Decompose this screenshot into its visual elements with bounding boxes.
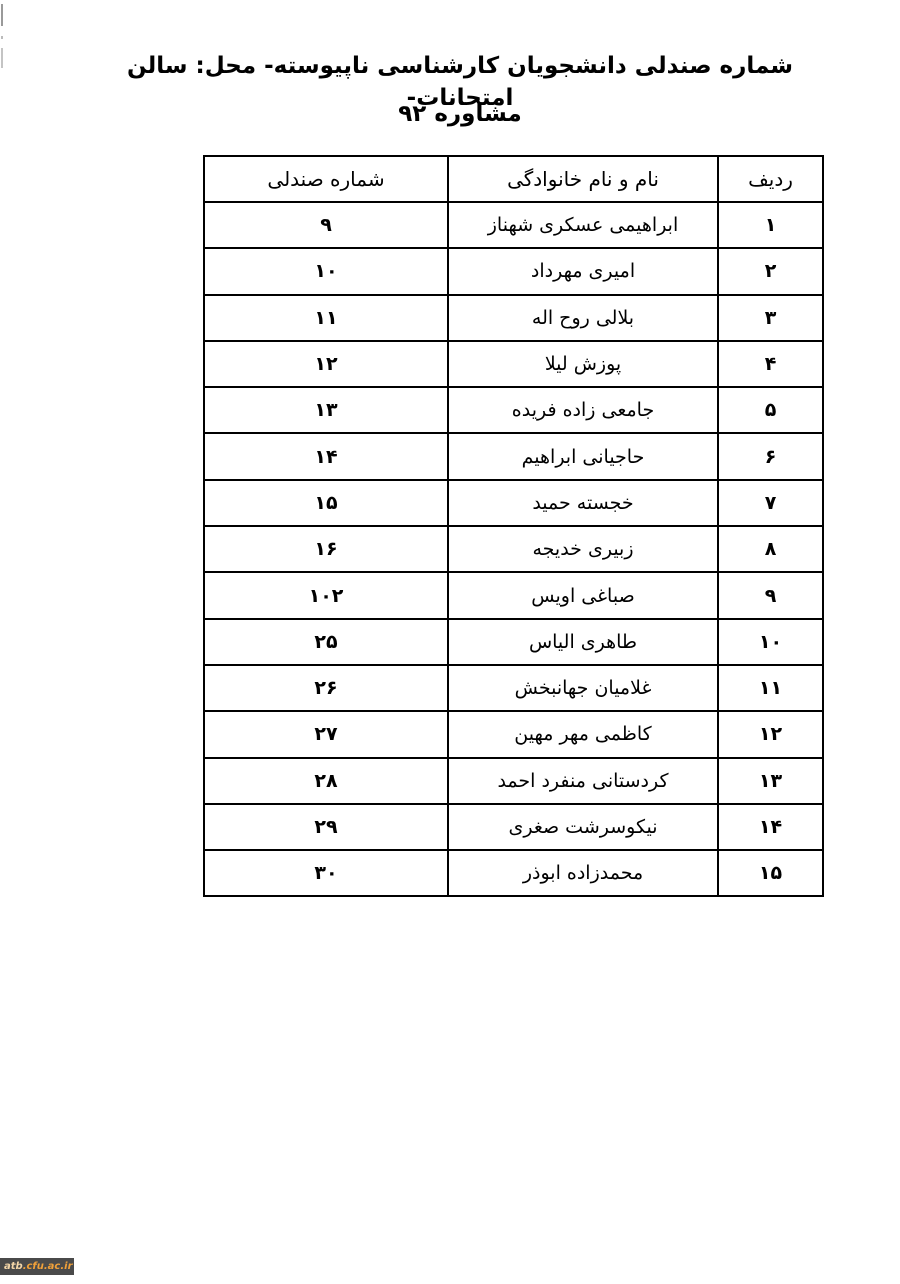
row-index: ۱ [718,202,823,248]
row-seat: ۳۰ [204,850,448,896]
row-seat: ۱۰ [204,248,448,294]
row-index: ۱۱ [718,665,823,711]
row-name: غلامیان جهانبخش [448,665,718,711]
row-name: کاظمی مهر مهین [448,711,718,757]
header-index: ردیف [718,156,823,202]
table-row: ۳ بلالی روح اله ۱۱ [204,295,823,341]
row-seat: ۲۷ [204,711,448,757]
row-name: جامعی زاده فریده [448,387,718,433]
row-name: ابراهیمی عسکری شهناز [448,202,718,248]
row-seat: ۲۹ [204,804,448,850]
table-row: ۹ صباغی اویس ۱۰۲ [204,572,823,618]
table-row: ۵ جامعی زاده فریده ۱۳ [204,387,823,433]
row-index: ۵ [718,387,823,433]
row-name: حاجیانی ابراهیم [448,433,718,479]
row-seat: ۹ [204,202,448,248]
row-name: کردستانی منفرد احمد [448,758,718,804]
row-seat: ۱۳ [204,387,448,433]
table-row: ۱۳ کردستانی منفرد احمد ۲۸ [204,758,823,804]
row-name: نیکوسرشت صغری [448,804,718,850]
row-name: بلالی روح اله [448,295,718,341]
watermark-subdomain: atb [4,1261,23,1272]
row-seat: ۲۸ [204,758,448,804]
row-seat: ۱۵ [204,480,448,526]
row-seat: ۲۶ [204,665,448,711]
row-index: ۲ [718,248,823,294]
table-row: ۱۱ غلامیان جهانبخش ۲۶ [204,665,823,711]
row-index: ۶ [718,433,823,479]
scan-mark [1,48,3,68]
row-seat: ۱۲ [204,341,448,387]
row-index: ۱۵ [718,850,823,896]
row-index: ۳ [718,295,823,341]
table-row: ۷ خجسته حمید ۱۵ [204,480,823,526]
scan-mark [1,4,3,26]
row-seat: ۱۶ [204,526,448,572]
table-row: ۱ ابراهیمی عسکری شهناز ۹ [204,202,823,248]
row-seat: ۱۱ [204,295,448,341]
row-index: ۱۳ [718,758,823,804]
row-name: پوزش لیلا [448,341,718,387]
row-index: ۹ [718,572,823,618]
table-row: ۱۰ طاهری الیاس ۲۵ [204,619,823,665]
row-seat: ۱۴ [204,433,448,479]
table-row: ۲ امیری مهرداد ۱۰ [204,248,823,294]
row-name: صباغی اویس [448,572,718,618]
table-row: ۱۴ نیکوسرشت صغری ۲۹ [204,804,823,850]
watermark-domain: .cfu.ac.ir [23,1261,73,1272]
row-index: ۸ [718,526,823,572]
table-header-row: ردیف نام و نام خانوادگی شماره صندلی [204,156,823,202]
scan-edge-marks [0,0,6,70]
row-name: زبیری خدیجه [448,526,718,572]
row-name: امیری مهرداد [448,248,718,294]
table-row: ۸ زبیری خدیجه ۱۶ [204,526,823,572]
site-watermark: atb.cfu.ac.ir [0,1258,74,1275]
row-index: ۱۲ [718,711,823,757]
row-index: ۱۴ [718,804,823,850]
row-seat: ۲۵ [204,619,448,665]
seat-assignment-table: ردیف نام و نام خانوادگی شماره صندلی ۱ اب… [203,155,824,897]
table-row: ۱۵ محمدزاده ابوذر ۳۰ [204,850,823,896]
scan-mark [1,36,3,39]
row-name: طاهری الیاس [448,619,718,665]
page-subtitle: مشاوره ۹۲ [100,98,820,130]
header-seat: شماره صندلی [204,156,448,202]
row-seat: ۱۰۲ [204,572,448,618]
table-row: ۶ حاجیانی ابراهیم ۱۴ [204,433,823,479]
header-name: نام و نام خانوادگی [448,156,718,202]
row-name: خجسته حمید [448,480,718,526]
row-index: ۴ [718,341,823,387]
table-row: ۱۲ کاظمی مهر مهین ۲۷ [204,711,823,757]
row-index: ۱۰ [718,619,823,665]
row-name: محمدزاده ابوذر [448,850,718,896]
row-index: ۷ [718,480,823,526]
table-row: ۴ پوزش لیلا ۱۲ [204,341,823,387]
